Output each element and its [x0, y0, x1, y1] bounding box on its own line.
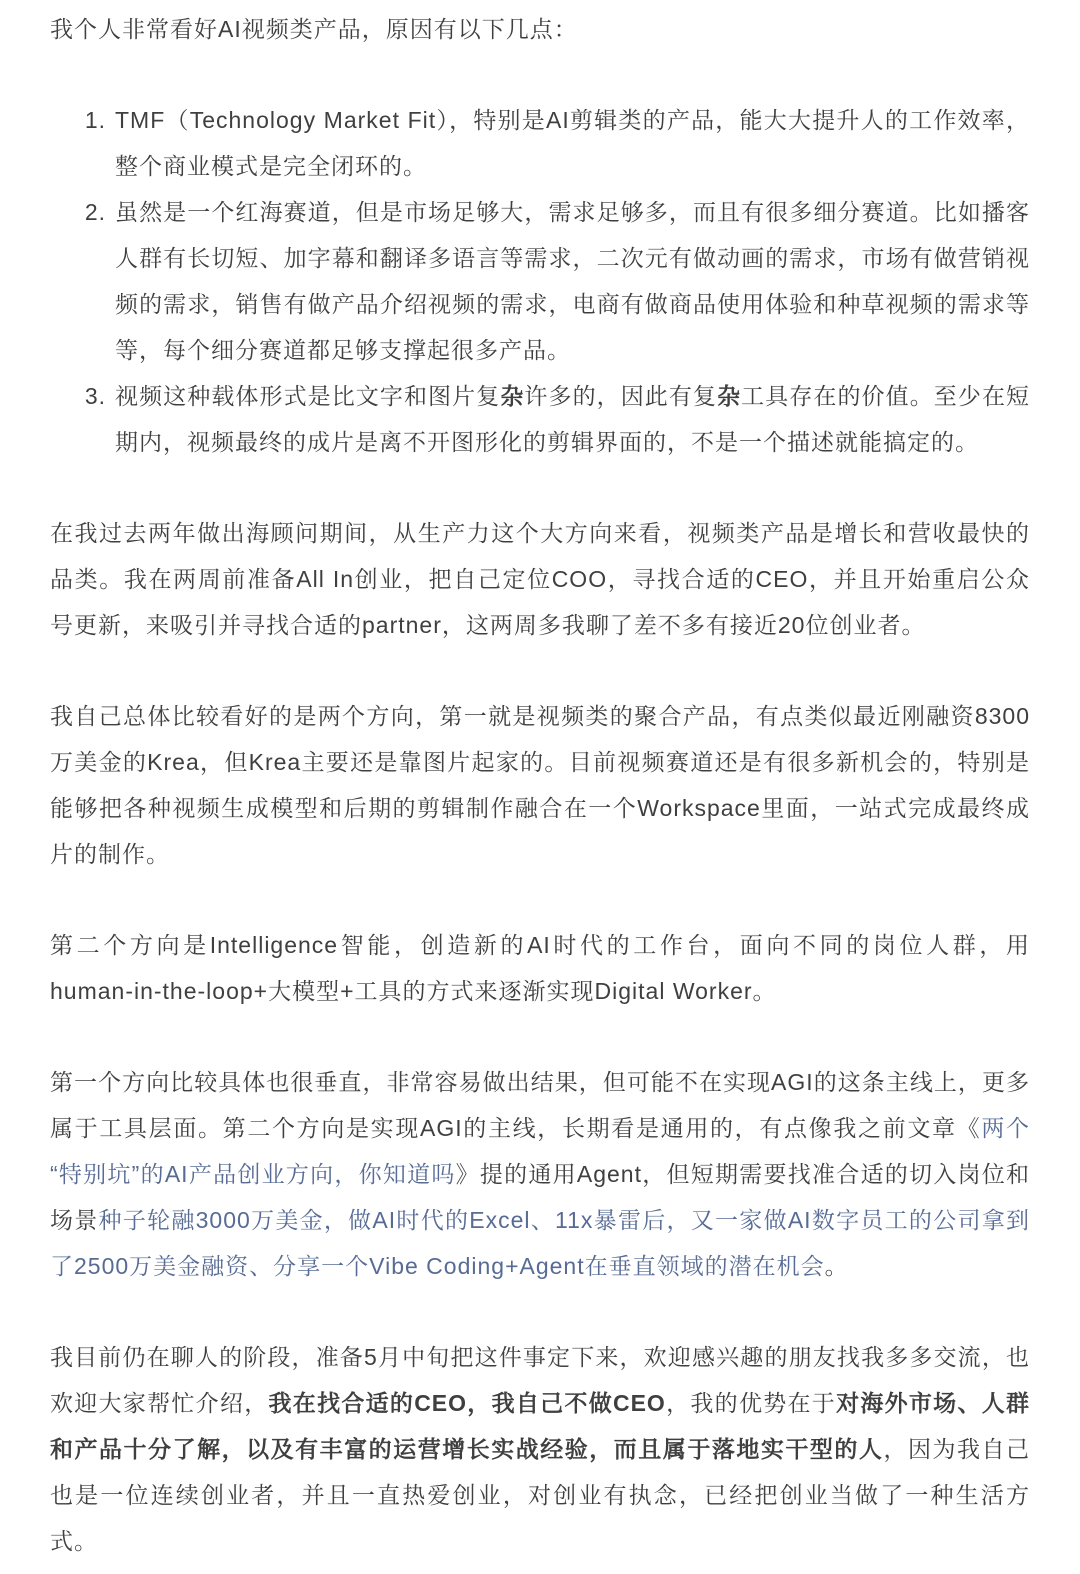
list-number: 1.	[85, 97, 106, 143]
inline-link[interactable]: 、	[530, 1207, 555, 1233]
list-item-1: 1.TMF（Technology Market Fit），特别是AI剪辑类的产品…	[115, 97, 1030, 189]
article-body: 我个人非常看好AI视频类产品，原因有以下几点： 1.TMF（Technology…	[0, 0, 1080, 1574]
inline-link[interactable]: 分享一个Vibe Coding+Agent在垂直领域的潜在机会	[273, 1253, 824, 1279]
list-item-3: 3.视频这种载体形式是比文字和图片复杂许多的，因此有复杂工具存在的价值。至少在短…	[115, 373, 1030, 465]
bold-text: 我在找合适的CEO，我自己不做CEO	[269, 1390, 666, 1416]
reasons-list: 1.TMF（Technology Market Fit），特别是AI剪辑类的产品…	[50, 97, 1030, 465]
paragraph-direction-one: 我自己总体比较看好的是两个方向，第一就是视频类的聚合产品，有点类似最近刚融资83…	[50, 693, 1030, 877]
paragraph-comparison-with-links: 第一个方向比较具体也很垂直，非常容易做出结果，但可能不在实现AGI的这条主线上，…	[50, 1059, 1030, 1289]
bold-text: 杂	[500, 383, 524, 409]
text-run: TMF（Technology Market Fit），特别是AI剪辑类的产品，能…	[115, 107, 1030, 179]
inline-link[interactable]: 、	[249, 1253, 273, 1279]
list-item-text: 虽然是一个红海赛道，但是市场足够大，需求足够多，而且有很多细分赛道。比如播客人群…	[115, 199, 1030, 363]
text-run: 第二个方向是Intelligence智能，创造新的AI时代的工作台，面向不同的岗…	[50, 932, 1030, 1004]
text-run: 许多的，因此有复	[524, 383, 717, 409]
text-run: 第一个方向比较具体也很垂直，非常容易做出结果，但可能不在实现AGI的这条主线上，…	[50, 1069, 1030, 1141]
text-run: 我自己总体比较看好的是两个方向，第一就是视频类的聚合产品，有点类似最近刚融资83…	[50, 703, 1030, 867]
text-run: 。	[825, 1253, 849, 1279]
text-run: ，我的优势在于	[666, 1390, 836, 1416]
intro-paragraph: 我个人非常看好AI视频类产品，原因有以下几点：	[50, 6, 1030, 52]
list-item-2: 2.虽然是一个红海赛道，但是市场足够大，需求足够多，而且有很多细分赛道。比如播客…	[115, 189, 1030, 373]
list-item-text: 视频这种载体形式是比文字和图片复杂许多的，因此有复杂工具存在的价值。至少在短期内…	[115, 383, 1030, 455]
text-run: 虽然是一个红海赛道，但是市场足够大，需求足够多，而且有很多细分赛道。比如播客人群…	[115, 199, 1030, 363]
paragraph-consulting-background: 在我过去两年做出海顾问期间，从生产力这个大方向来看，视频类产品是增长和营收最快的…	[50, 510, 1030, 648]
text-run: 在我过去两年做出海顾问期间，从生产力这个大方向来看，视频类产品是增长和营收最快的…	[50, 520, 1030, 638]
inline-link[interactable]: 种子轮融3000万美金，做AI时代的Excel	[99, 1207, 531, 1233]
paragraph-direction-two: 第二个方向是Intelligence智能，创造新的AI时代的工作台，面向不同的岗…	[50, 922, 1030, 1014]
list-number: 3.	[85, 373, 106, 419]
bold-text: 杂	[717, 383, 741, 409]
text-run: 视频这种载体形式是比文字和图片复	[115, 383, 500, 409]
list-item-text: TMF（Technology Market Fit），特别是AI剪辑类的产品，能…	[115, 107, 1030, 179]
list-number: 2.	[85, 189, 106, 235]
paragraph-looking-for-ceo: 我目前仍在聊人的阶段，准备5月中旬把这件事定下来，欢迎感兴趣的朋友找我多多交流，…	[50, 1334, 1030, 1564]
